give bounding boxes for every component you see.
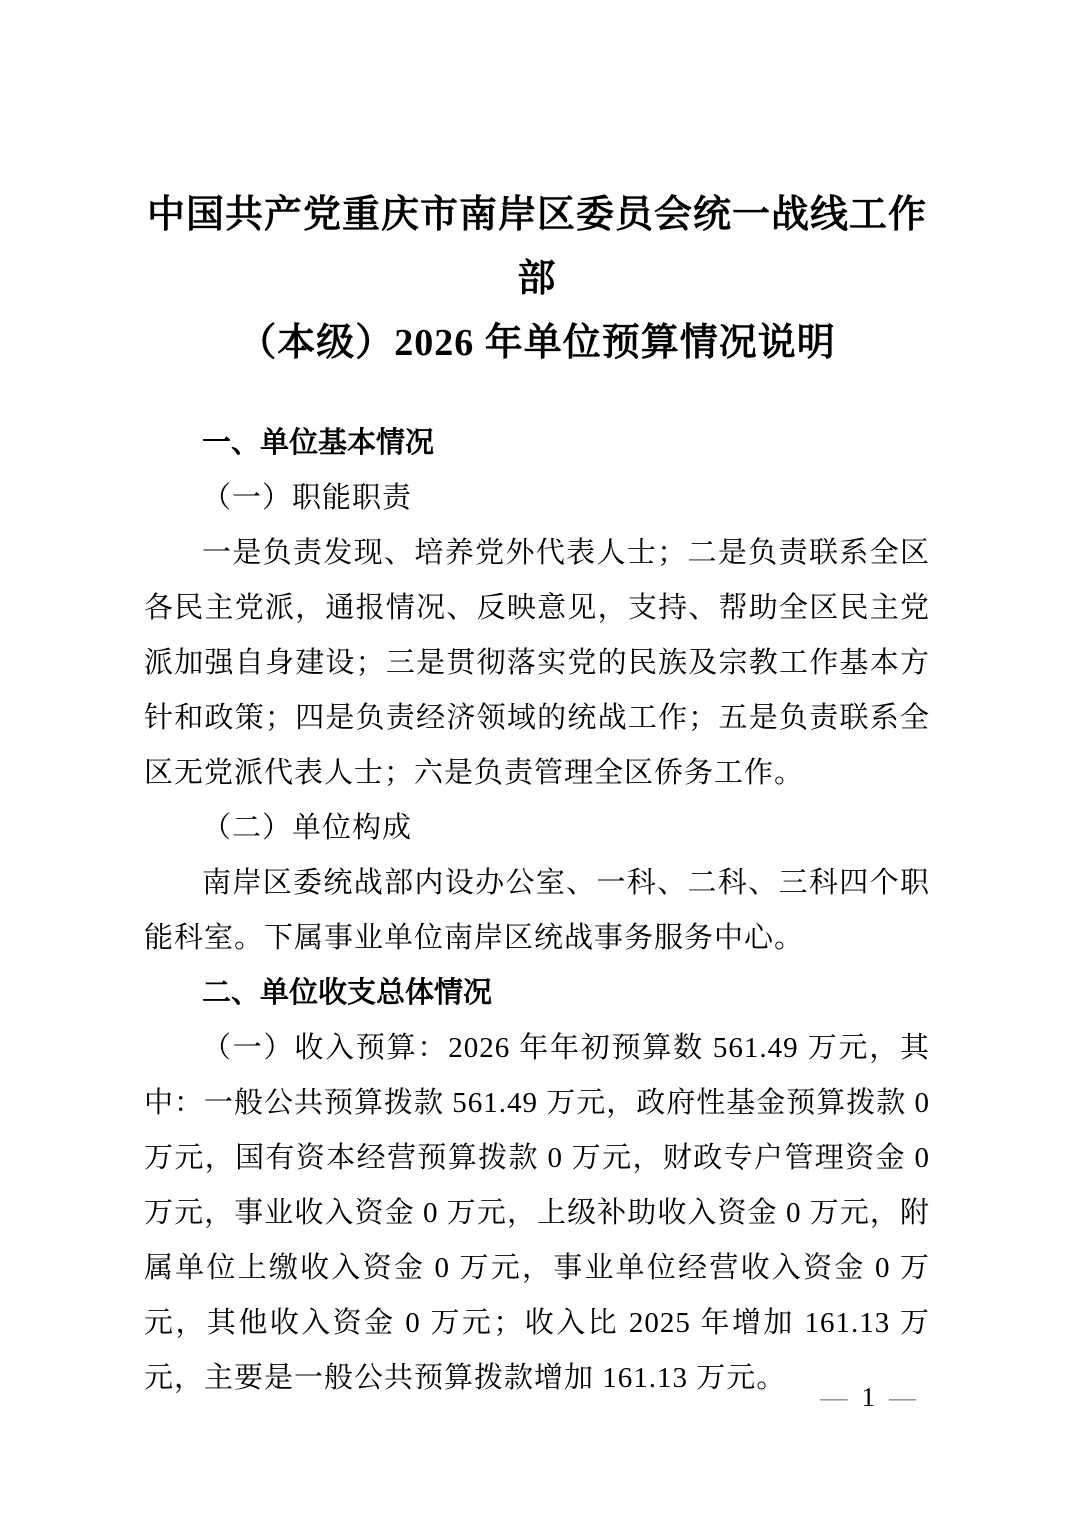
page-number: 1: [862, 1382, 876, 1412]
paragraph-duties: 一是负责发现、培养党外代表人士；二是负责联系全区各民主党派，通报情况、反映意见，…: [144, 526, 930, 801]
document-content: 中国共产党重庆市南岸区委员会统一战线工作部 （本级）2026 年单位预算情况说明…: [144, 0, 930, 1406]
footer-dash-right: —: [889, 1382, 916, 1412]
subsection-heading-duties: （一）职能职责: [202, 471, 930, 526]
subsection-heading-composition: （二）单位构成: [202, 801, 930, 856]
title-line-2: （本级）2026 年单位预算情况说明: [238, 322, 836, 364]
section-heading-revenue-expenditure: 二、单位收支总体情况: [202, 966, 930, 1021]
document-title: 中国共产党重庆市南岸区委员会统一战线工作部 （本级）2026 年单位预算情况说明: [144, 183, 930, 375]
paragraph-income-budget: （一）收入预算：2026 年年初预算数 561.49 万元，其中：一般公共预算拨…: [144, 1021, 930, 1406]
section-heading-basic-info: 一、单位基本情况: [202, 416, 930, 471]
title-line-1: 中国共产党重庆市南岸区委员会统一战线工作部: [147, 194, 927, 300]
document-page: 中国共产党重庆市南岸区委员会统一战线工作部 （本级）2026 年单位预算情况说明…: [0, 0, 1074, 1520]
paragraph-composition: 南岸区委统战部内设办公室、一科、二科、三科四个职能科室。下属事业单位南岸区统战事…: [144, 856, 930, 966]
page-footer: —1—: [821, 1381, 917, 1413]
footer-dash-left: —: [821, 1382, 848, 1412]
